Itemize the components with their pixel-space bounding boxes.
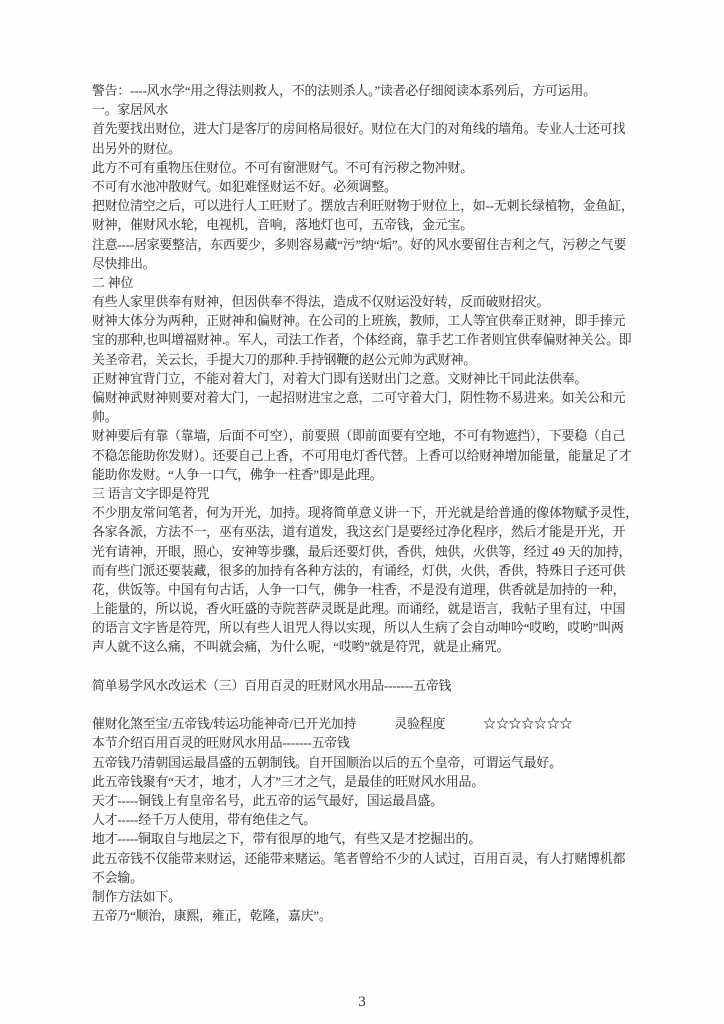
text-line: 各家各派，方法不一，巫有巫法，道有道发，我这玄门是要经过净化程序，然后才能是开光… (92, 523, 652, 542)
text-line: 五帝乃“顺治，康熙，雍正，乾隆，嘉庆”。 (92, 907, 652, 926)
text-line: 本节介绍百用百灵的旺财风水用品-------五帝钱 (92, 734, 652, 753)
text-line: 此五帝钱聚有“天才，地才，人才”三才之气，是最佳的旺财风水用品。 (92, 773, 652, 792)
text-line: 制作方法如下。 (92, 888, 652, 907)
text-line: 不少朋友常问笔者，何为开光，加持。现将简单意义讲一下，开光就是给普通的像体物赋予… (92, 504, 652, 523)
text-line: 人才-----经千万人使用，带有绝佳之气。 (92, 811, 652, 830)
text-line: 正财神宜背门立，不能对着大门，对着大门即有送财出门之意。文财神比干同此法供奉。 (92, 370, 652, 389)
page-number: 3 (0, 992, 724, 1012)
text-line: 的语言文字皆是符咒，所以有些人诅咒人得以实现，所以人生病了会自动呻吟“哎哟，哎哟… (92, 619, 652, 638)
document-body: 警告：----风水学“用之得法则救人，不的法则杀人。”读者必仔细阅读本系列后，方… (92, 82, 652, 926)
text-line: 声人就不这么痛，不叫就会痛，为什么呢，“哎哟”就是符咒，就是止痛咒。 (92, 638, 652, 657)
text-line: 二 神位 (92, 274, 652, 293)
text-line: 一。家居风水 (92, 101, 652, 120)
text-line: 不稳怎能助你发财）。还要自己上香，不可用电灯香代替。上香可以给财神增加能量，能量… (92, 447, 652, 466)
text-line: 不可有水池冲散财气。如犯难怪财运不好。必须调整。 (92, 178, 652, 197)
text-line: 偏财神武财神则要对着大门，一起招财进宝之意，二可守着大门，阴性物不易进来。如关公… (92, 389, 652, 408)
text-line: 简单易学风水改运术（三）百用百灵的旺财风水用品-------五帝钱 (92, 677, 652, 696)
text-line: 五帝钱乃清朝国运最昌盛的五朝制钱。自开国顺治以后的五个皇帝，可谓运气最好。 (92, 754, 652, 773)
text-line: 有些人家里供奉有财神，但因供奉不得法，造成不仅财运没好转，反而破财招灾。 (92, 293, 652, 312)
text-line: 注意----居家要整洁，东西要少，多则容易藏“污”纳“垢”。好的风水要留住吉利之… (92, 236, 652, 255)
text-line: 把财位清空之后，可以进行人工旺财了。摆放吉利旺财物于财位上，如--无刺长绿植物，… (92, 197, 652, 216)
text-line: 催财化煞至宝/五帝钱/转运功能神奇/已开光加持 灵验程度 ☆☆☆☆☆☆☆ (92, 715, 652, 734)
document-page: 警告：----风水学“用之得法则救人，不的法则杀人。”读者必仔细阅读本系列后，方… (0, 0, 724, 1024)
text-line: 警告：----风水学“用之得法则救人，不的法则杀人。”读者必仔细阅读本系列后，方… (92, 82, 652, 101)
text-line: 三 语言文字即是符咒 (92, 485, 652, 504)
text-line: 帅。 (92, 408, 652, 427)
text-line: 此方不可有重物压住财位。不可有窗泄财气。不可有污秽之物冲财。 (92, 159, 652, 178)
text-line: 光有请神，开眼，照心，安神等步骤，最后还要灯供，香供，烛供，火供等，经过 49 … (92, 543, 652, 562)
text-line: 不会输。 (92, 869, 652, 888)
text-line: 花，供饭等。中国有句古话，人争一口气，佛争一柱香，不是没有道理，供香就是加持的一… (92, 581, 652, 600)
text-line: 财神，催财风水轮，电视机，音响，落地灯也可，五帝钱，金元宝。 (92, 216, 652, 235)
text-line: 关圣帝君，关云长，手提大刀的那种.手持钢鞭的赵公元帅为武财神。 (92, 351, 652, 370)
text-line: 上能量的，所以说，香火旺盛的寺院菩萨灵既是此理。而诵经，就是语言，我帖子里有过，… (92, 600, 652, 619)
text-line (92, 696, 652, 715)
text-line: 能助你发财。“人争一口气，佛争一柱香”即是此理。 (92, 466, 652, 485)
text-line: 天才-----铜钱上有皇帝名号，此五帝的运气最好，国运最昌盛。 (92, 792, 652, 811)
text-line: 财神大体分为两种，正财神和偏财神。在公司的上班族，教师，工人等宜供奉正财神，即手… (92, 312, 652, 331)
text-line: 而有些门派还要装藏，很多的加持有各种方法的，有诵经，灯供，火供，香供，特殊日子还… (92, 562, 652, 581)
text-line: 地才-----铜取自与地层之下，带有很厚的地气，有些又是才挖掘出的。 (92, 830, 652, 849)
text-line: 尽快排出。 (92, 255, 652, 274)
text-line: 财神要后有靠（靠墙，后面不可空），前要照（即前面要有空地，不可有物遮挡），下要稳… (92, 427, 652, 446)
text-line: 宝的那种,也叫增福财神.。军人，司法工作者，个体经商，靠手艺工作者则宜供奉偏财神… (92, 331, 652, 350)
text-line: 首先要找出财位，进大门是客厅的房间格局很好。财位在大门的对角线的墙角。专业人士还… (92, 120, 652, 139)
text-line: 此五帝钱不仅能带来财运，还能带来赌运。笔者曾给不少的人试过，百用百灵，有人打赌博… (92, 850, 652, 869)
text-line (92, 658, 652, 677)
text-line: 出另外的财位。 (92, 140, 652, 159)
